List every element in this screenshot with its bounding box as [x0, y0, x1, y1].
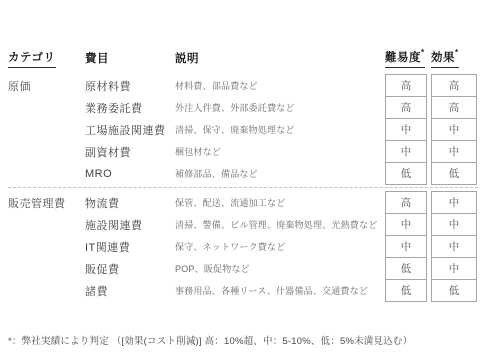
header-category-cell: カテゴリ [8, 48, 85, 68]
header-category: カテゴリ [8, 49, 56, 68]
table-row: 販促費 POP、販促物など 低 中 [8, 257, 480, 280]
table-row: 副資材費 梱包材など 中 中 [8, 140, 480, 163]
difficulty-value: 中 [385, 213, 427, 236]
table-row: IT関連費 保守、ネットワーク費など 中 中 [8, 235, 480, 258]
expense-item: 副資材費 [85, 144, 175, 160]
section-sga: 販売管理費 物流費 保管、配送、流通加工など 高 中 施設関連費 清掃、警備、ビ… [8, 191, 480, 302]
header-difficulty: 難易度* [385, 49, 425, 68]
header-description-cell: 説明 [175, 49, 385, 68]
difficulty-value: 中 [385, 235, 427, 258]
expense-item: IT関連費 [85, 239, 175, 255]
expense-item: MRO [85, 168, 175, 180]
header-description: 説明 [175, 50, 199, 68]
difficulty-value: 高 [385, 74, 427, 97]
expense-description: 事務用品、各種リース、什器備品、交通費など [175, 284, 385, 297]
effect-value: 中 [431, 257, 477, 280]
header-item: 費目 [85, 50, 109, 68]
section-divider [8, 187, 478, 188]
expense-item: 原材料費 [85, 78, 175, 94]
expense-item: 工場施設関連費 [85, 122, 175, 138]
difficulty-value: 中 [385, 118, 427, 141]
table-row: MRO 補修部品、備品など 低 低 [8, 162, 480, 185]
header-item-cell: 費目 [85, 49, 175, 68]
difficulty-value: 高 [385, 191, 427, 214]
effect-value: 中 [431, 213, 477, 236]
category-label: 販売管理費 [8, 195, 85, 211]
effect-value: 高 [431, 96, 477, 119]
effect-asterisk: * [455, 48, 459, 57]
expense-item: 販促費 [85, 261, 175, 277]
effect-value: 低 [431, 279, 477, 302]
table-row: 施設関連費 清掃、警備、ビル管理、廃棄物処理、光熱費など 中 中 [8, 213, 480, 236]
table-row: 業務委託費 外注人件費、外部委託費など 高 高 [8, 96, 480, 119]
table-row: 諸費 事務用品、各種リース、什器備品、交通費など 低 低 [8, 279, 480, 302]
effect-value: 高 [431, 74, 477, 97]
category-label: 原価 [8, 78, 85, 94]
table-row: 工場施設関連費 清掃、保守、廃棄物処理など 中 中 [8, 118, 480, 141]
difficulty-value: 高 [385, 96, 427, 119]
effect-value: 中 [431, 118, 477, 141]
expense-description: 材料費、部品費など [175, 79, 385, 92]
table-row: 原価 原材料費 材料費、部品費など 高 高 [8, 74, 480, 97]
expense-item: 諸費 [85, 283, 175, 299]
footnote: *：弊社実績により判定 （[効果(コスト削減)] 高：10%超、中：5-10%、… [8, 333, 480, 347]
header-effect: 効果* [431, 49, 459, 68]
expense-item: 業務委託費 [85, 100, 175, 116]
expense-item: 施設関連費 [85, 217, 175, 233]
header-effect-cell: 効果* [431, 48, 477, 68]
effect-value: 低 [431, 162, 477, 185]
expense-description: 梱包材など [175, 145, 385, 158]
expense-item: 物流費 [85, 195, 175, 211]
expense-description: 清掃、警備、ビル管理、廃棄物処理、光熱費など [175, 218, 385, 231]
difficulty-value: 低 [385, 257, 427, 280]
expense-description: 保守、ネットワーク費など [175, 240, 385, 253]
effect-value: 中 [431, 191, 477, 214]
expense-description: 保管、配送、流通加工など [175, 196, 385, 209]
expense-description: 清掃、保守、廃棄物処理など [175, 123, 385, 136]
expense-description: 補修部品、備品など [175, 167, 385, 180]
difficulty-asterisk: * [421, 48, 425, 57]
effect-value: 中 [431, 140, 477, 163]
difficulty-value: 中 [385, 140, 427, 163]
section-cost: 原価 原材料費 材料費、部品費など 高 高 業務委託費 外注人件費、外部委託費な… [8, 74, 480, 185]
expense-description: POP、販促物など [175, 262, 385, 275]
difficulty-value: 低 [385, 162, 427, 185]
header-difficulty-cell: 難易度* [385, 48, 427, 68]
table-header-row: カテゴリ 費目 説明 難易度* 効果* [8, 48, 480, 66]
cost-category-table-page: カテゴリ 費目 説明 難易度* 効果* 原価 原材料費 材料費、部品費など 高 … [0, 0, 480, 360]
expense-description: 外注人件費、外部委託費など [175, 101, 385, 114]
effect-value: 中 [431, 235, 477, 258]
difficulty-value: 低 [385, 279, 427, 302]
table-row: 販売管理費 物流費 保管、配送、流通加工など 高 中 [8, 191, 480, 214]
